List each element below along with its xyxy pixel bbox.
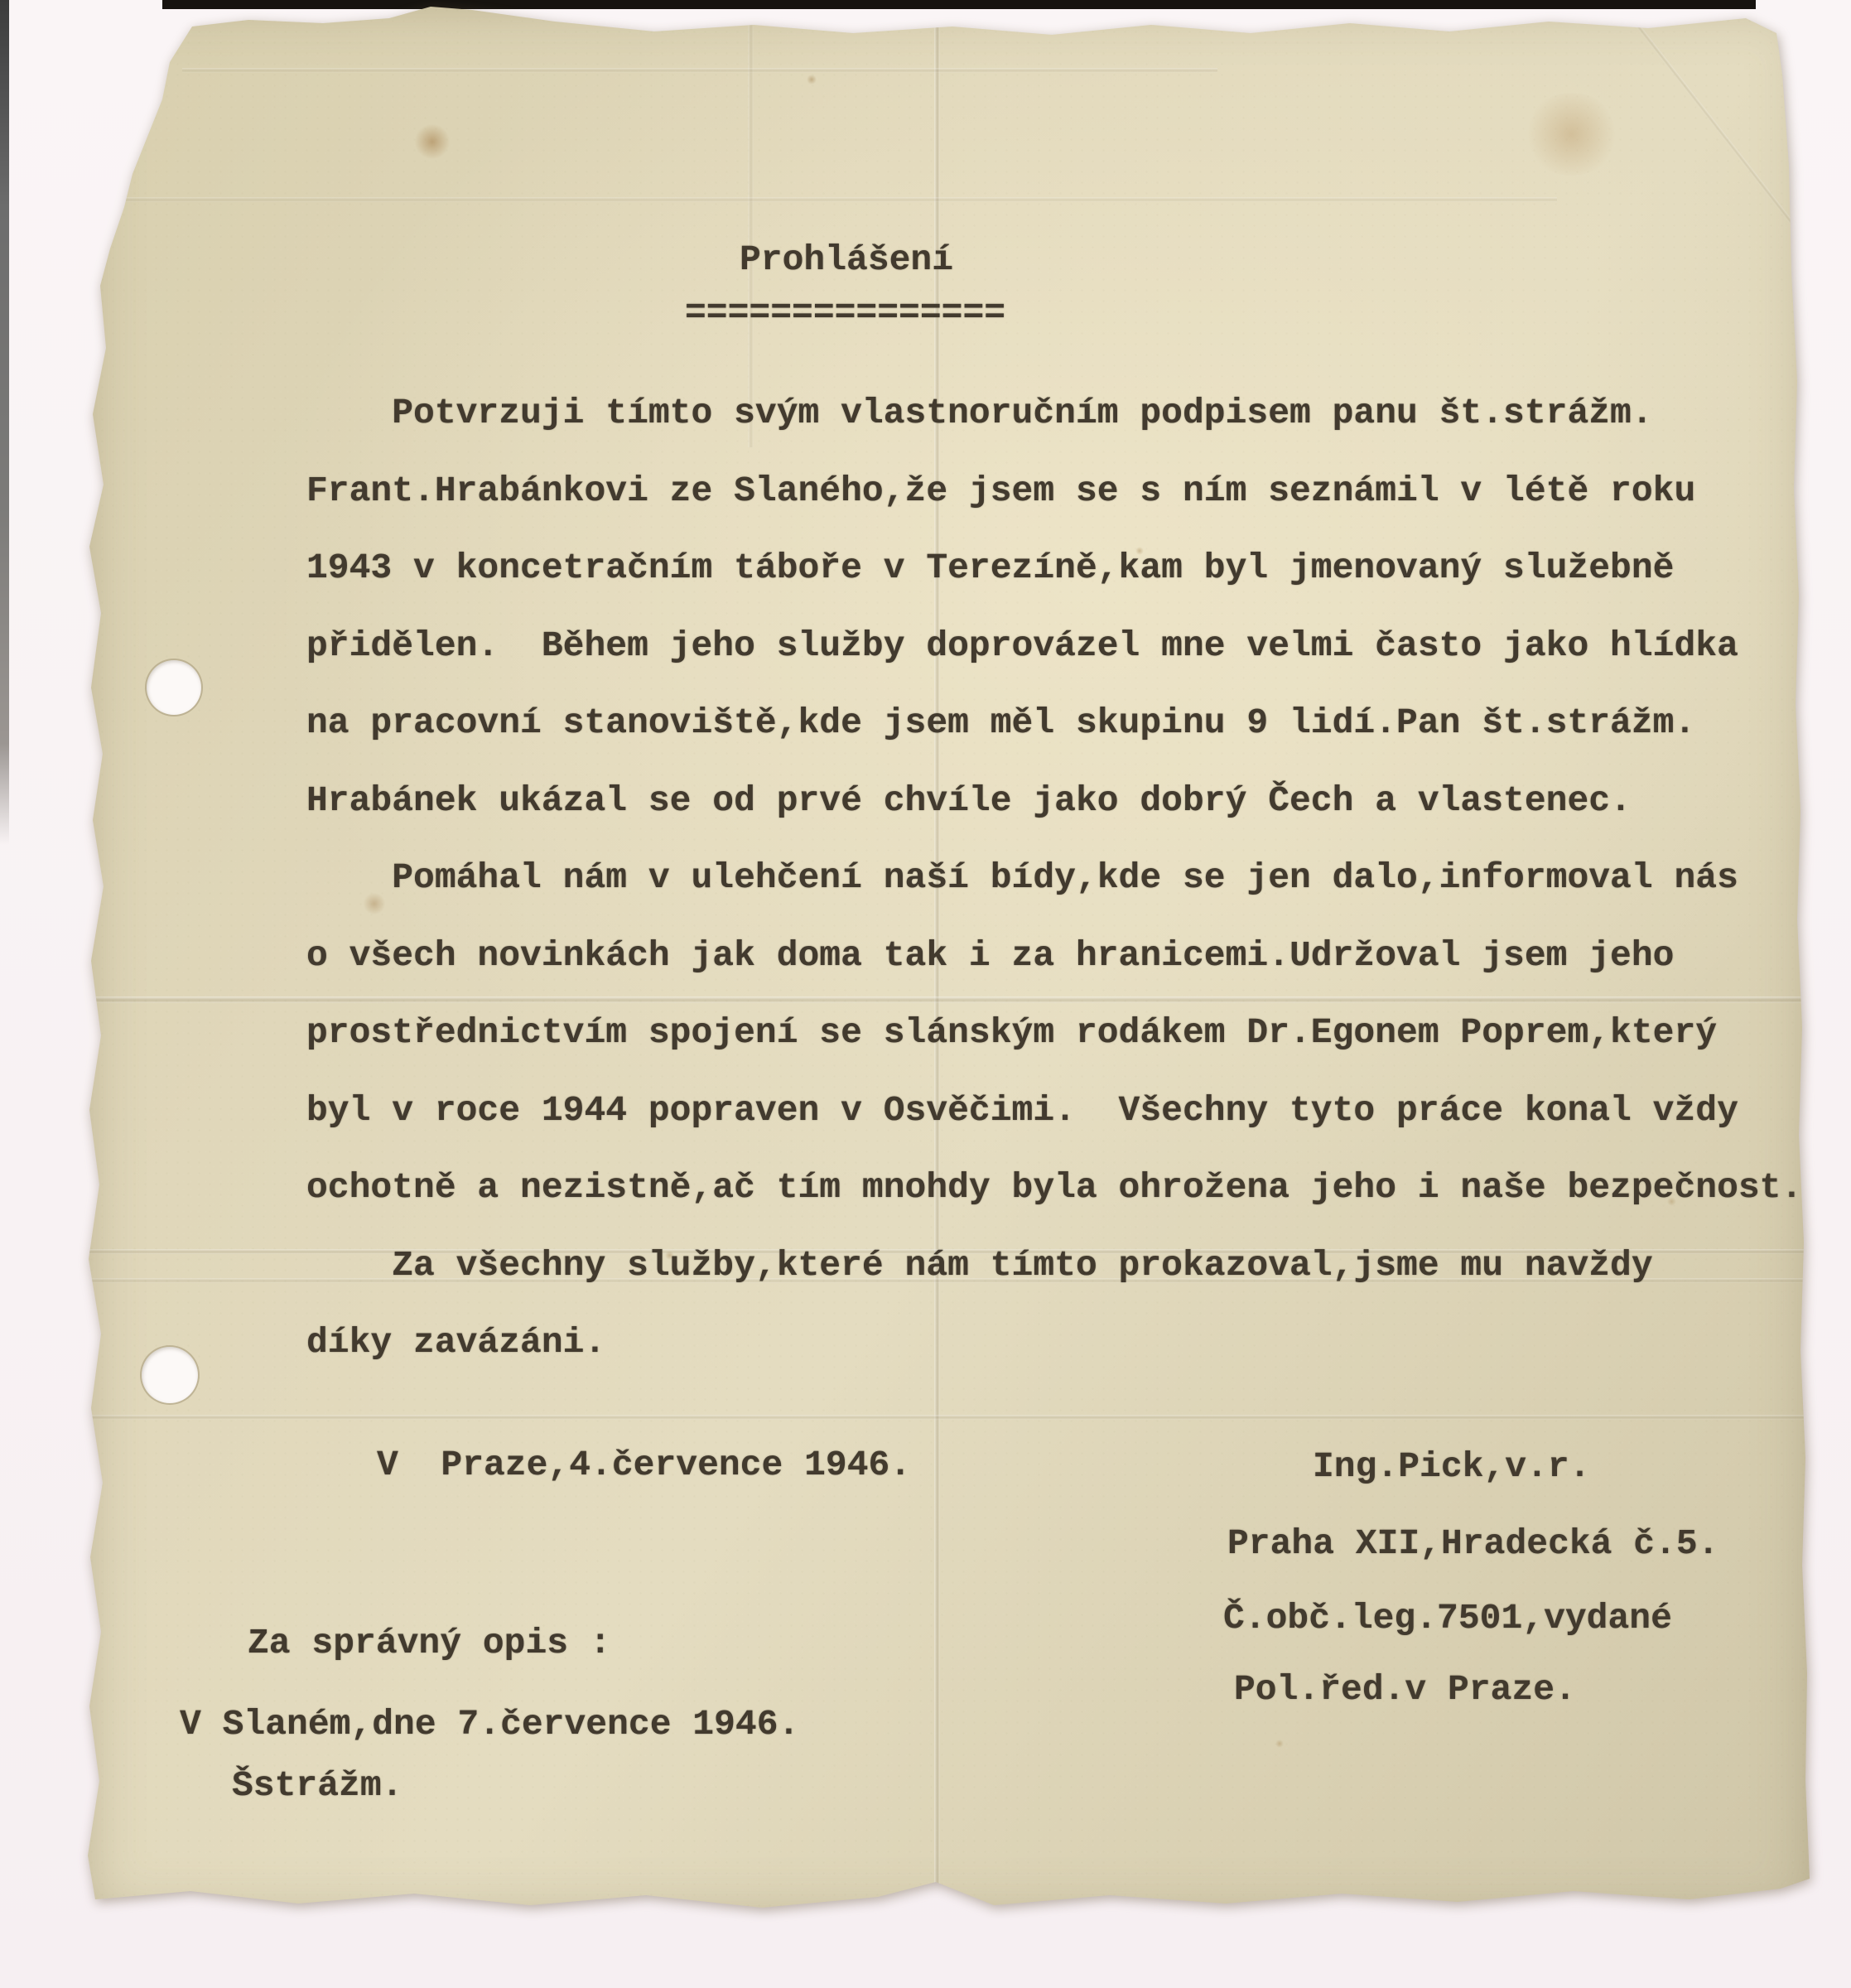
- scanned-document-page: Prohlášení =============== Potvrzuji tím…: [0, 0, 1851, 1988]
- scanned-document-paper: Prohlášení =============== Potvrzuji tím…: [83, 0, 1814, 1922]
- paper-shadow-wrap: Prohlášení =============== Potvrzuji tím…: [0, 0, 1851, 1988]
- paper-edge-vignette: [83, 0, 1814, 1922]
